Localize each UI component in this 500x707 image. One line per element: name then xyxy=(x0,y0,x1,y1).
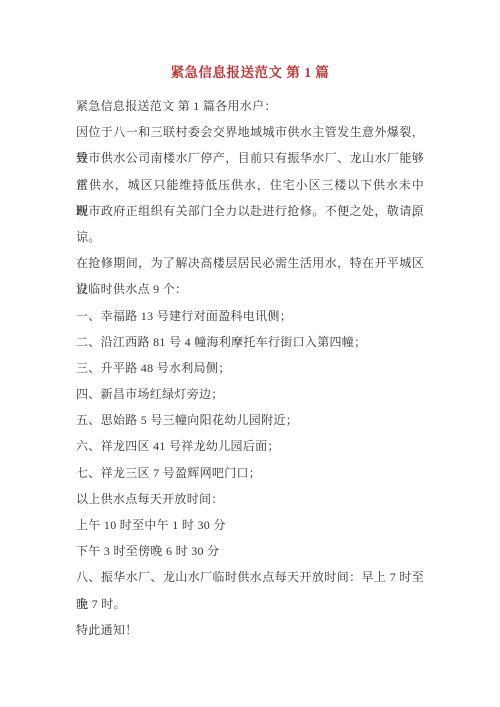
text-line: 上午 10 时至中午 1 时 30 分 xyxy=(76,512,424,538)
document-title: 紧急信息报送范文 第 1 篇 xyxy=(0,62,500,84)
text-line: 二、沿江西路 81 号 4 幢海利摩托车行街口入第四幢； xyxy=(76,329,424,355)
text-line: 八、振华水厂、龙山水厂临时供水点每天开放时间：早上 7 时至晚 xyxy=(76,564,424,590)
text-line: 因位于八一和三联村委会交界地域城市供水主管发生意外爆裂，导 xyxy=(76,119,424,145)
text-line: 下午 3 时至傍晚 6 时 30 分 xyxy=(76,538,424,564)
document-body: 紧急信息报送范文 第 1 篇各用水户： 因位于八一和三联村委会交界地域城市供水主… xyxy=(76,93,424,643)
text-line: 三、升平路 48 号水利局侧； xyxy=(76,355,424,381)
text-line: 五、思始路 5 号三幢向阳花幼儿园附近； xyxy=(76,407,424,433)
text-line: 在抢修期间，为了解决高楼层居民必需生活用水，特在开平城区设 xyxy=(76,250,424,276)
text-line: 上 7 时。 xyxy=(76,591,424,617)
text-line: 立临时供水点 9 个： xyxy=(76,276,424,302)
text-line: 特此通知！ xyxy=(76,617,424,643)
text-line: 以上供水点每天开放时间： xyxy=(76,486,424,512)
text-line: 常供水，城区只能维持低压供水，住宅小区三楼以下供水未中断， xyxy=(76,172,424,198)
text-line: 一、幸福路 13 号建行对面盈科电讯侧； xyxy=(76,303,424,329)
text-line: 谅。 xyxy=(76,224,424,250)
document-page: 紧急信息报送范文 第 1 篇 紧急信息报送范文 第 1 篇各用水户： 因位于八一… xyxy=(0,0,500,707)
text-line: 七、祥龙三区 7 号盈辉网吧门口； xyxy=(76,460,424,486)
text-line: 现市政府正组织有关部门全力以赴进行抢修。不便之处，敬请原 xyxy=(76,198,424,224)
text-line: 六、祥龙四区 41 号祥龙幼儿园后面； xyxy=(76,433,424,459)
text-line: 致市供水公司南楼水厂停产，目前只有振华水厂、龙山水厂能够正 xyxy=(76,145,424,171)
text-line: 紧急信息报送范文 第 1 篇各用水户： xyxy=(76,93,424,119)
text-line: 四、新昌市场红绿灯旁边； xyxy=(76,381,424,407)
